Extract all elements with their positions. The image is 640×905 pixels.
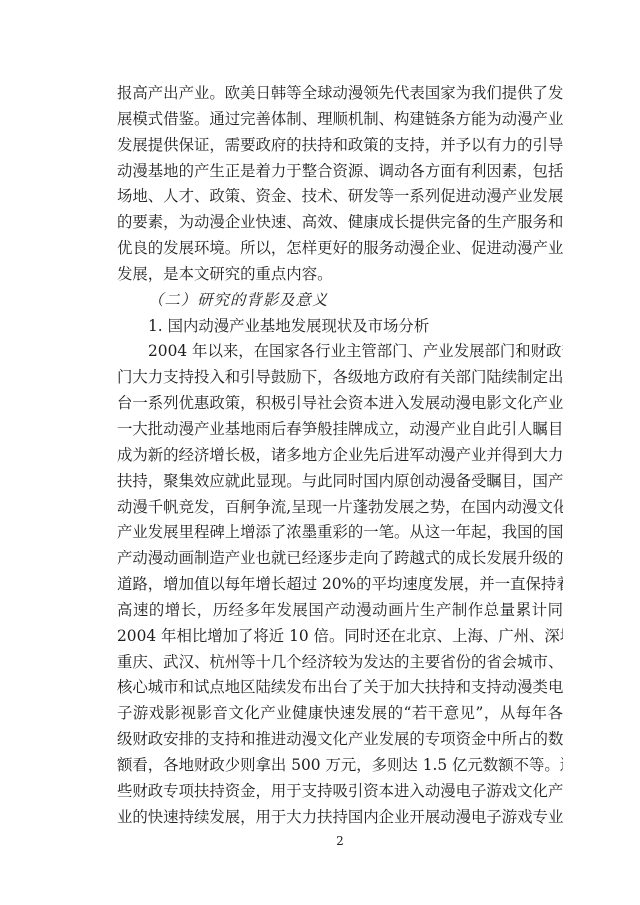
text-line: 些财政专项扶持资金，用于支持吸引资本进入动漫电子游戏文化产 bbox=[117, 779, 563, 805]
text-line: 产动漫动画制造产业也就已经逐步走向了跨越式的成长发展升级的 bbox=[117, 546, 563, 572]
text-line: 核心城市和试点地区陆续发布出台了关于加大扶持和支持动漫类电 bbox=[117, 675, 563, 701]
text-line: 门大力支持投入和引导鼓励下，各级地方政府有关部门陆续制定出 bbox=[117, 365, 563, 391]
page-number: 2 bbox=[117, 834, 563, 848]
text-line: 产业发展里程碑上增添了浓墨重彩的一笔。从这一年起，我国的国 bbox=[117, 520, 563, 546]
text-line: 报高产出产业。欧美日韩等全球动漫领先代表国家为我们提供了发 bbox=[117, 81, 563, 107]
text-line: 扶持，聚集效应就此显现。与此同时国内原创动漫备受瞩目，国产 bbox=[117, 469, 563, 495]
body-text-block: 报高产出产业。欧美日韩等全球动漫领先代表国家为我们提供了发展模式借鉴。通过完善体… bbox=[117, 81, 563, 830]
text-line: 级财政安排的支持和推进动漫文化产业发展的专项资金中所占的数 bbox=[117, 727, 563, 753]
text-line: 重庆、武汉、杭州等十几个经济较为发达的主要省份的省会城市、 bbox=[117, 650, 563, 676]
text-line: 发展，是本文研究的重点内容。 bbox=[117, 262, 563, 288]
text-line: 子游戏影视影音文化产业健康快速发展的“若干意见”，从每年各 bbox=[117, 701, 563, 727]
text-line: 场地、人才、政策、资金、技术、研发等一系列促进动漫产业发展 bbox=[117, 184, 563, 210]
text-line: 高速的增长，历经多年发展国产动漫动画片生产制作总量累计同 bbox=[117, 598, 563, 624]
text-line: 台一系列优惠政策，积极引导社会资本进入发展动漫电影文化产业， bbox=[117, 391, 563, 417]
text-line: 业的快速持续发展，用于大力扶持国内企业开展动漫电子游戏专业 bbox=[117, 805, 563, 831]
text-line: 额看，各地财政少则拿出 500 万元，多则达 1.5 亿元数额不等。这 bbox=[117, 753, 563, 779]
text-line: 2004 年相比增加了将近 10 倍。同时还在北京、上海、广州、深圳、 bbox=[117, 624, 563, 650]
text-line: 一大批动漫产业基地雨后春笋般挂牌成立，动漫产业自此引人瞩目 bbox=[117, 417, 563, 443]
text-line: 优良的发展环境。所以，怎样更好的服务动漫企业、促进动漫产业 bbox=[117, 236, 563, 262]
text-line: 2004 年以来，在国家各行业主管部门、产业发展部门和财政部 bbox=[117, 339, 563, 365]
document-page: 报高产出产业。欧美日韩等全球动漫领先代表国家为我们提供了发展模式借鉴。通过完善体… bbox=[0, 0, 640, 905]
text-line: 动漫基地的产生正是着力于整合资源、调动各方面有利因素，包括 bbox=[117, 159, 563, 185]
text-line: 发展提供保证，需要政府的扶持和政策的支持，并予以有力的引导。 bbox=[117, 133, 563, 159]
section-heading: （二）研究的背影及意义 bbox=[117, 288, 563, 314]
text-line: 展模式借鉴。通过完善体制、理顺机制、构建链条方能为动漫产业 bbox=[117, 107, 563, 133]
sub-heading: 1. 国内动漫产业基地发展现状及市场分析 bbox=[117, 314, 563, 340]
text-line: 的要素，为动漫企业快速、高效、健康成长提供完备的生产服务和 bbox=[117, 210, 563, 236]
text-line: 动漫千帆竞发，百舸争流,呈现一片蓬勃发展之势，在国内动漫文化 bbox=[117, 495, 563, 521]
text-line: 成为新的经济增长极，诸多地方企业先后进军动漫产业并得到大力 bbox=[117, 443, 563, 469]
text-line: 道路，增加值以每年增长超过 20%的平均速度发展，并一直保持着 bbox=[117, 572, 563, 598]
